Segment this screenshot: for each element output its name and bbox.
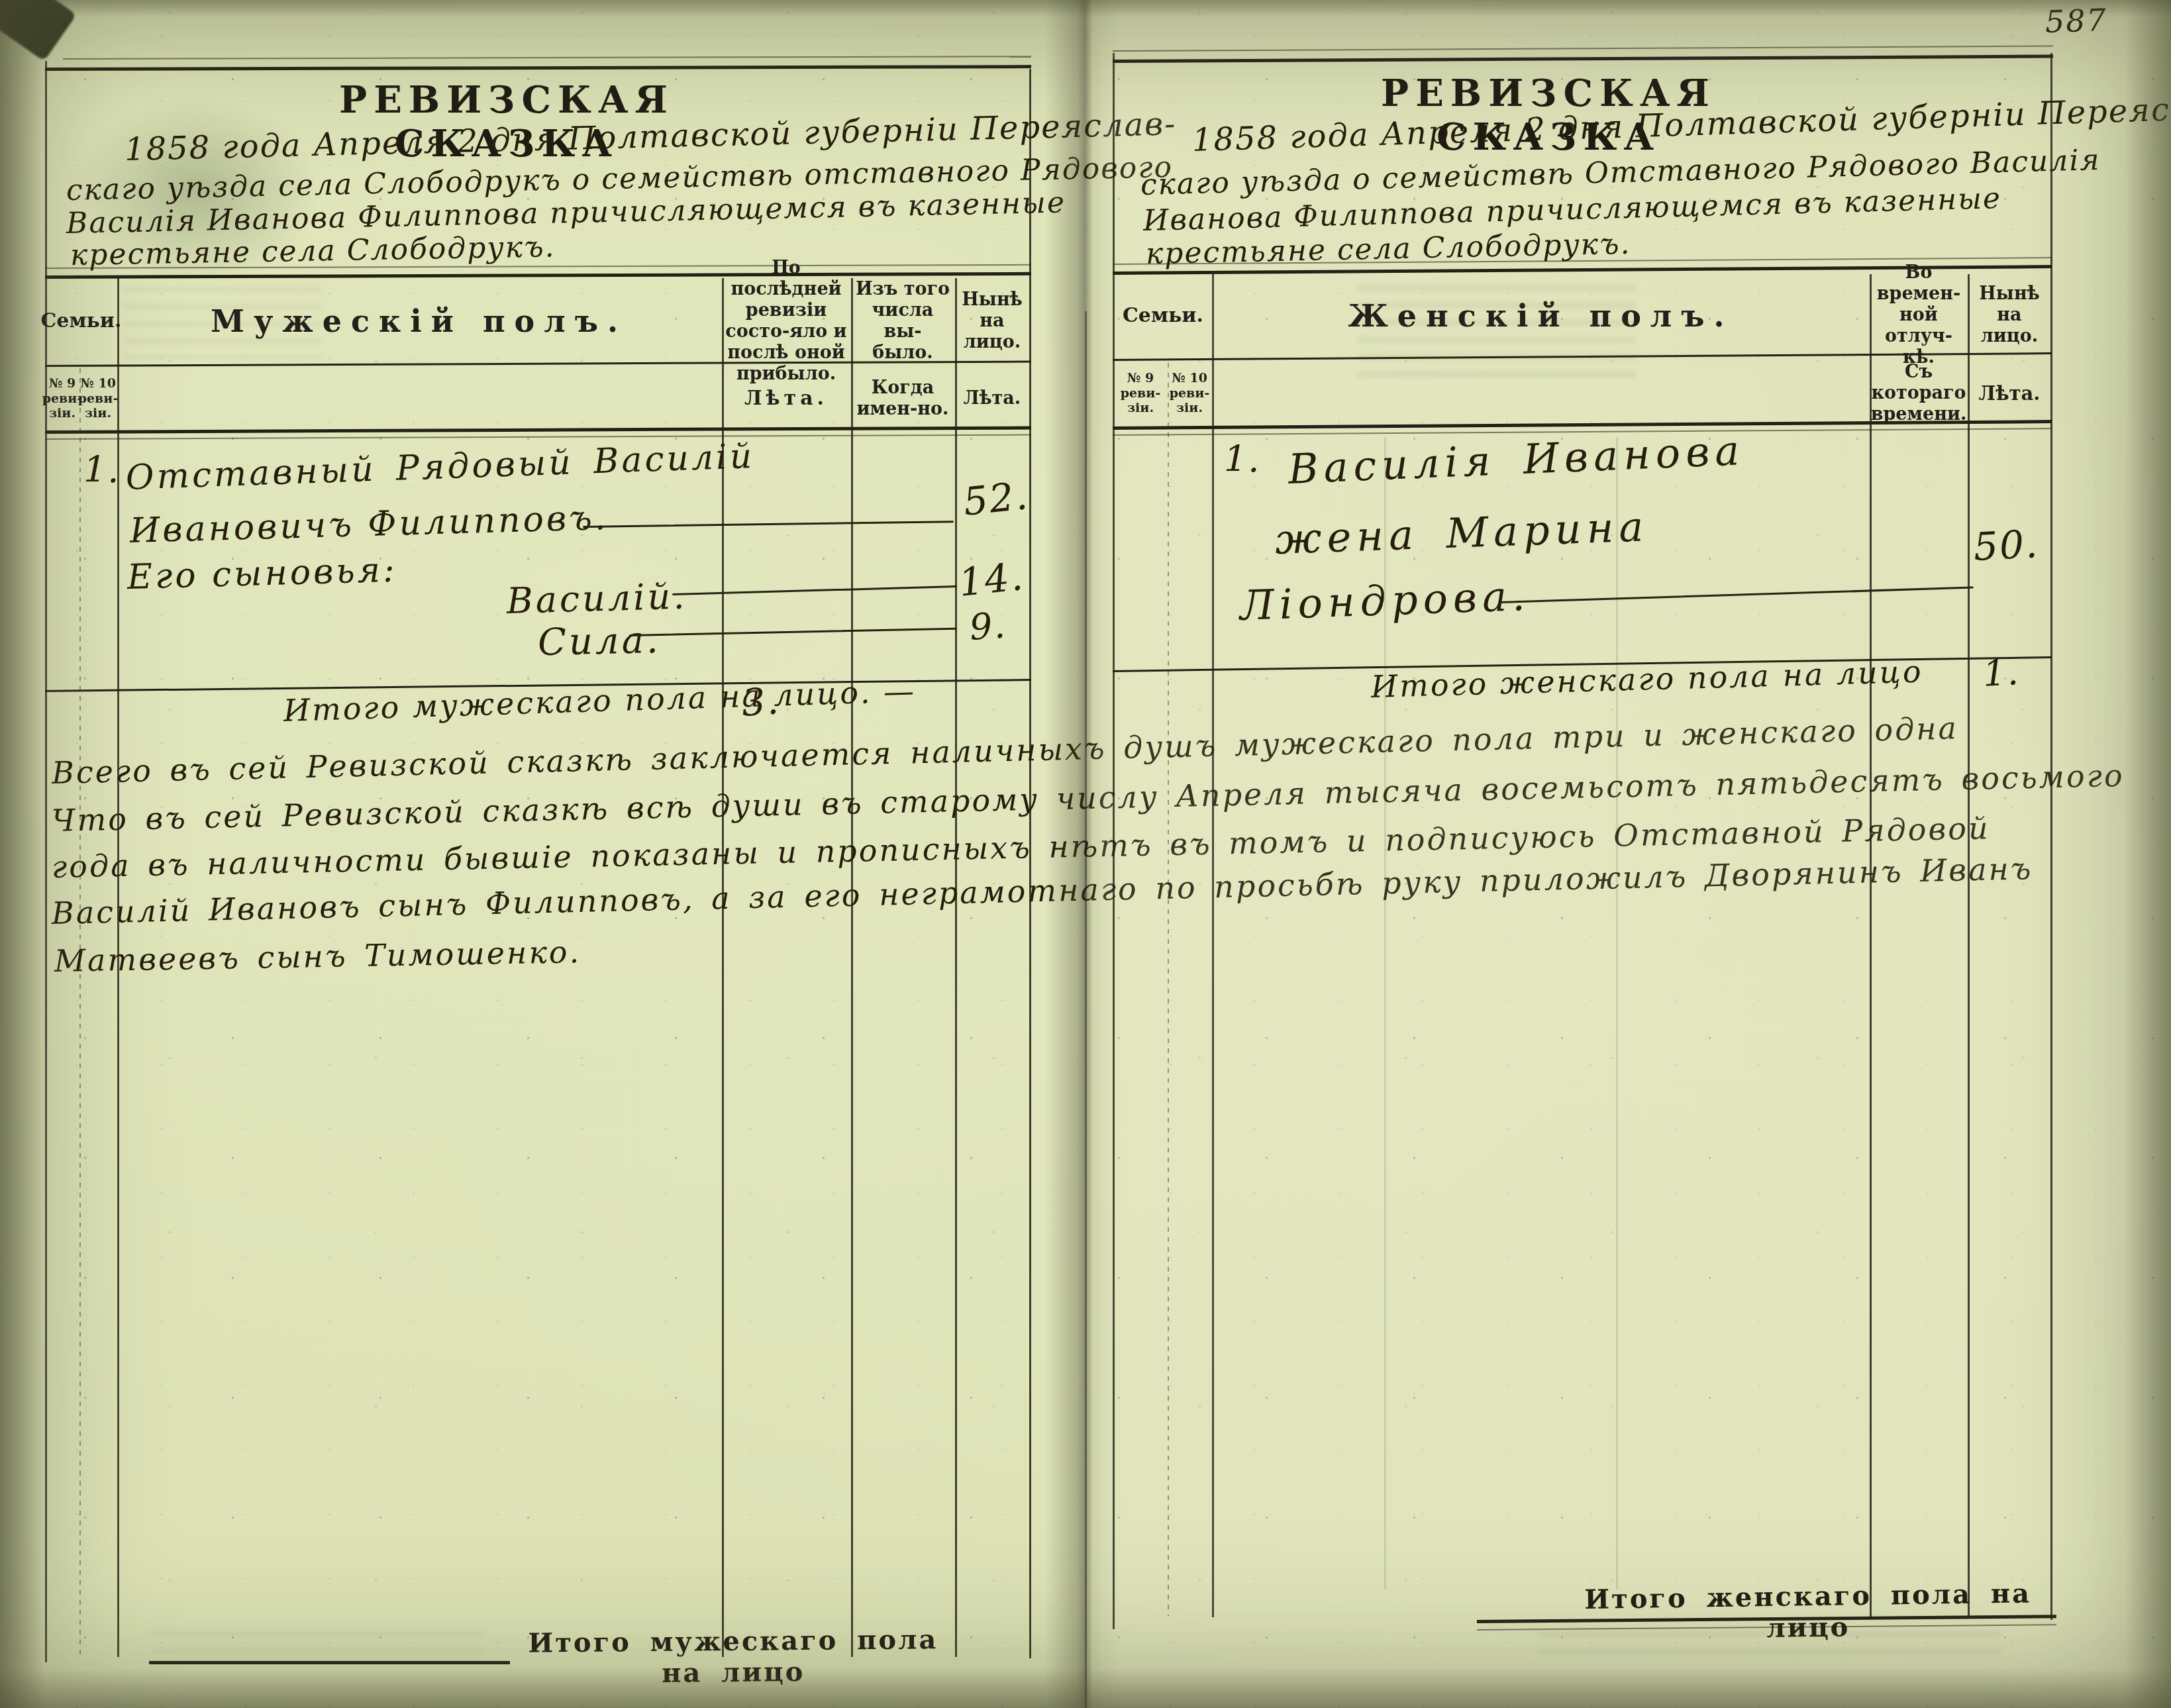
right-col-absence-header: Во времен-ной отлуч-кѣ. [1872,274,1965,356]
left-summary-label: Итого мужескаго пола на лицо. — [283,673,917,728]
center-fold-line [1085,311,1087,1708]
left-top-rule-thin [63,56,1031,60]
left-col-departed-divider [851,278,853,1657]
left-band2-rule-thin [45,434,1031,440]
left-entry-name-line: Василій. [506,575,687,622]
left-sub-years-b-header: Лѣта. [956,368,1028,429]
right-footer-label: Итого женскаго пола на лицо [1579,1578,2037,1646]
right-col-rev-divider [1168,363,1169,1616]
left-bottom-rule-segment [149,1661,510,1664]
left-sub-years-a-header: Лѣта. [725,368,848,429]
left-col-prev-header: По послѣдней ревизіи состо-яло и послѣ о… [725,279,848,363]
bleed-through-smudge [152,1631,483,1656]
entry-fill-dash [629,628,957,636]
right-entry-name-line: жена Марина [1274,502,1650,564]
right-top-rule-thin [1113,46,2053,52]
left-sub-rev9-header: № 9 реви-зіи. [46,368,78,429]
left-col-family-header: Семьи. [46,281,116,361]
left-sub-when-header: Когда имен-но. [854,368,952,429]
right-entry-family-no: 1. [1224,438,1261,480]
left-col-prev-divider [722,278,724,1657]
right-entry-age: 50. [1972,521,2040,570]
left-entry-age: 52. [961,473,1031,525]
left-entry-name-line: Сила. [537,619,661,664]
right-edge-shadow [2125,0,2171,1708]
left-col-present-header: Нынѣ на лицо. [956,279,1028,363]
entry-fill-dash [1500,587,1974,603]
right-sub-rev9-header: № 9 реви-зіи. [1115,363,1166,424]
corner-stamp-mark [0,0,77,62]
right-col-absence-divider [1870,274,1872,1617]
left-entry-age: 9. [968,604,1008,648]
left-col-departed-header: Изъ того числа вы-было. [854,279,952,363]
right-sub-years-header: Лѣта. [1970,363,2048,424]
right-sub-since-header: Съ котораго времени. [1872,363,1965,424]
left-edge-shadow [0,0,45,1708]
left-col-present-divider [955,278,957,1657]
right-entry-name-line: Василія Иванова [1287,426,1745,493]
entry-fill-dash [583,521,954,528]
right-top-rule-thick [1113,55,2053,63]
right-col-present-divider [1968,274,1970,1617]
left-entry-name-line: Отставный Рядовый Василій [125,436,755,498]
entry-fill-dash [672,585,957,595]
attestation-line: Матвеевъ сынъ Тимошенко. [54,934,581,979]
left-col-rev-divider [79,368,81,1656]
right-entry-name-line: Ліондрова. [1239,572,1531,630]
right-summary-value: 1. [1982,651,2021,695]
page-number: 587 [2045,2,2108,40]
top-edge-shadow [0,0,2171,17]
left-entry-age: 14. [956,554,1026,605]
bleed-through-line [1616,437,1618,1589]
left-entry-name-line: Его сыновья: [126,550,397,597]
right-col-sex-header: Женскій полъ. [1215,277,1867,355]
revision-list-scan: РЕВИЗСКАЯ СКАЗКА 1858 года Апреля 2 дня … [0,0,2171,1708]
left-top-rule-thick [45,65,1031,71]
left-entry-name-line: Ивановичъ Филипповъ. [129,498,609,551]
left-entry-family-no: 1. [83,449,121,491]
right-col-family-header: Семьи. [1115,277,1211,355]
left-footer-label: Итого мужескаго пола на лицо [505,1624,962,1690]
right-summary-label: Итого женскаго пола на лицо [1370,654,1923,705]
left-header-rule-thick [45,272,1031,279]
right-col-present-header: Нынѣ на лицо. [1970,274,2048,356]
left-summary-value: 3. [740,679,782,725]
left-col-sex-header: Мужескій полъ. [119,281,719,361]
right-page-right-border [2050,53,2052,1620]
left-sub-rev10-header: № 10 реви-зіи. [80,368,116,429]
right-page-left-border [1113,53,1115,1629]
right-col-family-divider [1212,274,1214,1617]
right-sub-rev10-header: № 10 реви-зіи. [1168,363,1211,424]
